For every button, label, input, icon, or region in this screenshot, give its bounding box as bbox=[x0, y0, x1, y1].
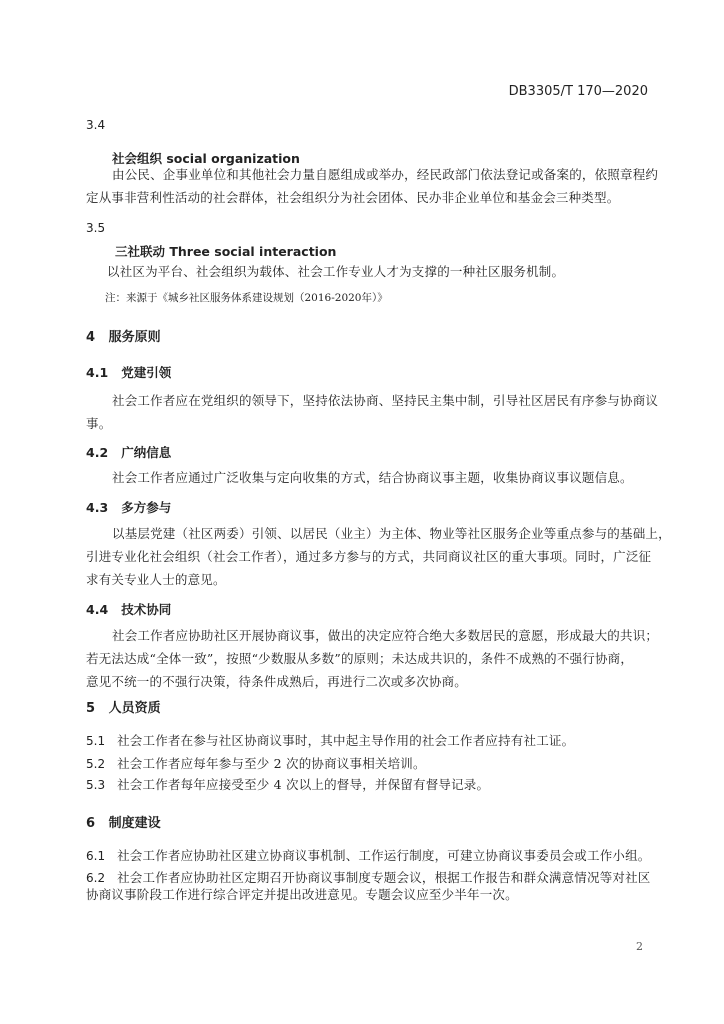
paragraph-line: 社会工作者应在党组织的领导下，坚持依法协商、坚持民主集中制，引导社区居民有序参与… bbox=[112, 389, 658, 412]
subsection-number: 4.3 bbox=[86, 500, 108, 515]
clause-number: 5.2 bbox=[86, 757, 105, 771]
subsection-number: 4.1 bbox=[86, 365, 108, 380]
clause-5-1: 5.1 社会工作者在参与社区协商议事时，其中起主导作用的社会工作者应持有社工证。 bbox=[86, 729, 574, 752]
definition-line: 由公民、企事业单位和其他社会力量自愿组成或举办，经民政部门依法登记或备案的，依照… bbox=[112, 163, 658, 186]
paragraph-line: 以基层党建（社区两委）引领、以居民（业主）为主体、物业等社区服务企业等重点参与的… bbox=[112, 522, 671, 545]
subsection-heading-4-3: 4.3 多方参与 bbox=[86, 498, 171, 516]
subsection-number: 4.2 bbox=[86, 445, 108, 460]
section-heading-5: 5 人员资质 bbox=[86, 697, 161, 716]
clause-number: 5.1 bbox=[86, 734, 105, 748]
section-title: 制度建设 bbox=[109, 816, 161, 831]
clause-6-1: 6.1 社会工作者应协助社区建立协商议事机制、工作运行制度，可建立协商议事委员会… bbox=[86, 844, 651, 867]
paragraph-line: 协商议事阶段工作进行综合评定并提出改进意见。专题会议应至少半年一次。 bbox=[86, 883, 518, 906]
paragraph-line: 求有关专业人士的意见。 bbox=[86, 568, 226, 591]
paragraph-line: 社会工作者应协助社区开展协商议事，做出的决定应符合绝大多数居民的意愿，形成最大的… bbox=[112, 624, 658, 647]
subsection-heading-4-2: 4.2 广纳信息 bbox=[86, 443, 171, 461]
subsection-title: 广纳信息 bbox=[121, 445, 171, 460]
clause-5-3: 5.3 社会工作者每年应接受至少 4 次以上的督导，并保留有督导记录。 bbox=[86, 773, 489, 796]
document-page: DB3305/T 170—2020 3.4 社会组织 social organi… bbox=[0, 0, 724, 1024]
clause-number-3-4: 3.4 bbox=[86, 118, 105, 132]
definition-line: 定从事非营利性活动的社会群体，社会组织分为社会团体、民办非企业单位和基金会三种类… bbox=[86, 186, 619, 209]
section-number: 5 bbox=[86, 701, 95, 716]
page-number: 2 bbox=[636, 940, 643, 953]
paragraph-line: 引进专业化社会组织（社会工作者），通过多方参与的方式，共同商议社区的重大事项。同… bbox=[86, 545, 651, 568]
clause-number: 5.3 bbox=[86, 778, 105, 792]
standard-number: DB3305/T 170—2020 bbox=[509, 84, 648, 99]
section-heading-6: 6 制度建设 bbox=[86, 812, 161, 831]
subsection-title: 党建引领 bbox=[121, 365, 171, 380]
subsection-number: 4.4 bbox=[86, 602, 108, 617]
paragraph-line: 事。 bbox=[86, 412, 111, 435]
clause-text: 社会工作者应每年参与至少 2 次的协商议事相关培训。 bbox=[117, 756, 426, 771]
subsection-heading-4-1: 4.1 党建引领 bbox=[86, 363, 171, 381]
term-title-three-social-interaction: 三社联动 Three social interaction bbox=[115, 242, 336, 260]
section-number: 4 bbox=[86, 330, 95, 345]
clause-text: 社会工作者在参与社区协商议事时，其中起主导作用的社会工作者应持有社工证。 bbox=[117, 733, 574, 748]
subsection-title: 技术协同 bbox=[121, 602, 171, 617]
paragraph-line: 若无法达成“全体一致”，按照“少数服从多数”的原则；未达成共识的，条件不成熟的不… bbox=[86, 647, 633, 670]
definition-line: 以社区为平台、社会组织为载体、社会工作专业人才为支撑的一种社区服务机制。 bbox=[107, 260, 564, 283]
section-title: 人员资质 bbox=[109, 701, 161, 716]
section-number: 6 bbox=[86, 816, 95, 831]
source-note: 注：来源于《城乡社区服务体系建设规划（2016-2020年）》 bbox=[105, 290, 388, 305]
section-title: 服务原则 bbox=[109, 330, 161, 345]
paragraph-line: 社会工作者应通过广泛收集与定向收集的方式，结合协商议事主题，收集协商议事议题信息… bbox=[112, 466, 633, 489]
subsection-heading-4-4: 4.4 技术协同 bbox=[86, 600, 171, 618]
clause-text: 社会工作者每年应接受至少 4 次以上的督导，并保留有督导记录。 bbox=[117, 777, 489, 792]
subsection-title: 多方参与 bbox=[121, 500, 171, 515]
clause-text: 社会工作者应协助社区建立协商议事机制、工作运行制度，可建立协商议事委员会或工作小… bbox=[117, 848, 650, 863]
section-heading-4: 4 服务原则 bbox=[86, 326, 161, 345]
clause-number-3-5: 3.5 bbox=[86, 221, 105, 235]
clause-5-2: 5.2 社会工作者应每年参与至少 2 次的协商议事相关培训。 bbox=[86, 752, 426, 775]
clause-number: 6.1 bbox=[86, 849, 105, 863]
paragraph-line: 意见不统一的不强行决策，待条件成熟后，再进行二次或多次协商。 bbox=[86, 670, 467, 693]
